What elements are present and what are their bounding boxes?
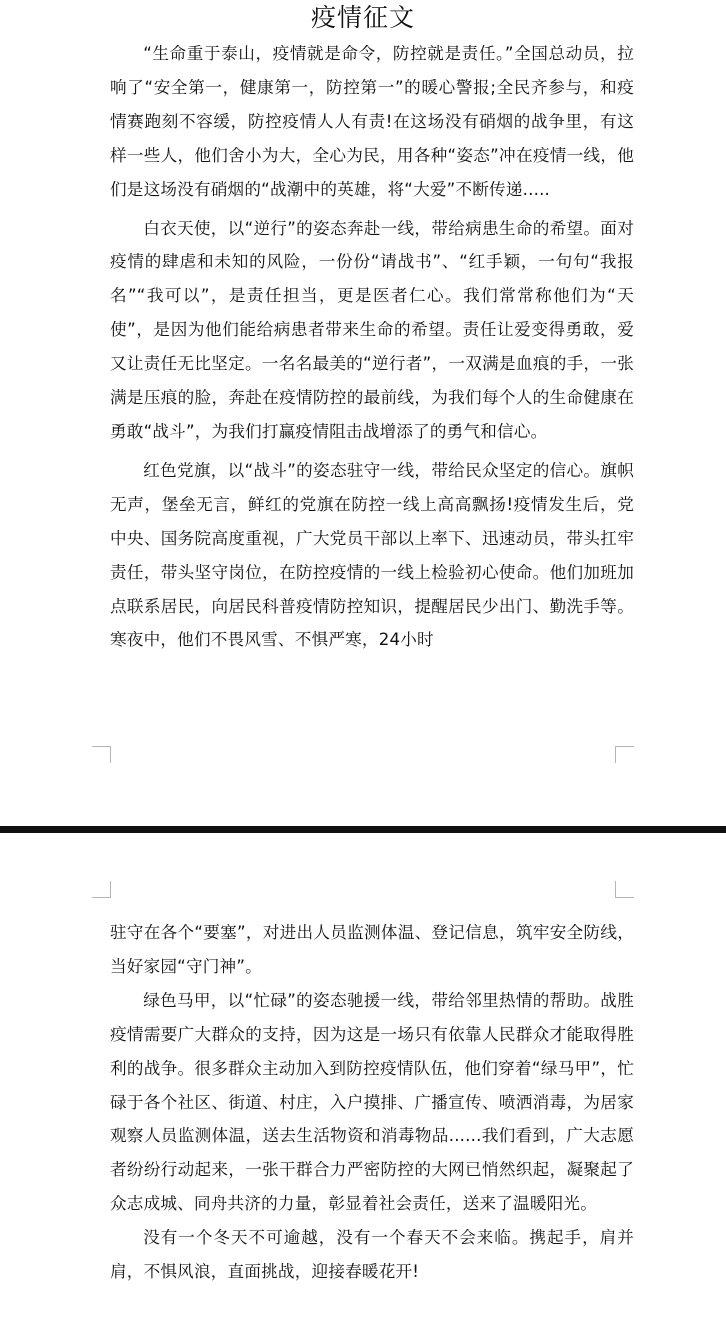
- crop-mark-top-right: [615, 881, 634, 898]
- paragraph-green-vest: 绿色马甲，以“忙碌”的姿态驰援一线，带给邻里热情的帮助。战胜疫情需要广大群众的支…: [110, 984, 634, 1221]
- document-page-2: 驻守在各个“要塞”，对进出人员监测体温、登记信息，筑牢安全防线，当好家园“守门神…: [0, 833, 726, 1333]
- document-title: 疫情征文: [0, 2, 726, 34]
- paragraph-intro: “生命重于泰山，疫情就是命令，防控就是责任。”全国总动员，拉响了“安全第一，健康…: [110, 37, 634, 207]
- paragraph-red-party-flag-continued: 驻守在各个“要塞”，对进出人员监测体温、登记信息，筑牢安全防线，当好家园“守门神…: [110, 916, 634, 984]
- crop-mark-bottom-left: [92, 746, 111, 763]
- page-1-body: “生命重于泰山，疫情就是命令，防控就是责任。”全国总动员，拉响了“安全第一，健康…: [110, 37, 634, 657]
- crop-mark-bottom-right: [615, 746, 634, 763]
- crop-mark-top-left: [92, 881, 111, 898]
- paragraph-conclusion: 没有一个冬天不可逾越，没有一个春天不会来临。携起手，肩并肩，不惧风浪，直面挑战，…: [110, 1221, 634, 1289]
- paragraph-red-party-flag: 红色党旗，以“战斗”的姿态驻守一线，带给民众坚定的信心。旗帜无声，堡垒无言，鲜红…: [110, 454, 634, 657]
- page-2-body: 驻守在各个“要塞”，对进出人员监测体温、登记信息，筑牢安全防线，当好家园“守门神…: [110, 916, 634, 1289]
- document-page-1: 疫情征文 “生命重于泰山，疫情就是命令，防控就是责任。”全国总动员，拉响了“安全…: [0, 0, 726, 826]
- paragraph-white-coat-angels: 白衣天使，以“逆行”的姿态奔赴一线，带给病患生命的希望。面对疫情的肆虐和未知的风…: [110, 212, 634, 449]
- page-break-divider: [0, 826, 726, 833]
